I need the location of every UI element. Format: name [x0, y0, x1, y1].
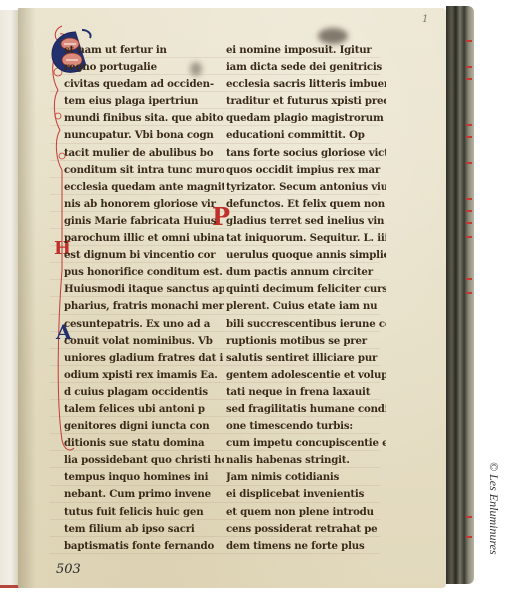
text-line: tem eius plaga ipertriun	[64, 93, 224, 110]
text-line: odium xpisti rex imamis Ea.	[64, 367, 224, 384]
text-line: quedam plagio magistrorum	[226, 110, 386, 127]
text-line: parochum illic et omni ubinam	[64, 230, 224, 247]
text-line: et quem non plene introdu	[226, 504, 386, 521]
text-line: nalis habenas stringit.	[226, 452, 386, 469]
copyright-notice: © Les Enluminures	[483, 462, 501, 582]
text-line: gladius terret sed inelius vin	[226, 213, 386, 230]
gutter-shadow	[18, 8, 36, 588]
adjacent-leaf	[0, 10, 19, 588]
text-line: regno portugalie	[64, 59, 224, 76]
text-line: tans forte socius gloriose victor	[226, 145, 386, 162]
text-line: tacit mulier de abulibus bo	[64, 145, 224, 162]
text-line: sed fragilitatis humane conditi	[226, 401, 386, 418]
text-line: iam dicta sede dei genitricis	[226, 59, 386, 76]
text-line: civitas quedam ad occiden-	[64, 76, 224, 93]
text-line: conditum sit intra tunc muros	[64, 162, 224, 179]
text-line: baptismatis fonte fernando	[64, 538, 224, 555]
text-line: tutus fuit felicis huic gen	[64, 504, 224, 521]
text-line: ruptionis motibus se prer	[226, 333, 386, 350]
text-line: ditionis sue statu domina	[64, 435, 224, 452]
text-line: one timescendo turbis:	[226, 418, 386, 435]
text-line: nebant. Cum primo invene	[64, 486, 224, 503]
text-line: dum pactis annum circiter	[226, 264, 386, 281]
text-line: mundi finibus sita. que abitol	[64, 110, 224, 127]
text-line: ei displicebat invenientis	[226, 486, 386, 503]
text-line: cesuntepatris. Ex uno ad a	[64, 316, 224, 333]
folio-number: 1	[422, 14, 428, 25]
text-line: cens possiderat retrahat pe	[226, 521, 386, 538]
text-line: nuncupatur. Vbi bona cogn	[64, 127, 224, 144]
text-line: ginis Marie fabricata Huius	[64, 213, 224, 230]
text-line: ecclesia quedam ante magnitudi	[64, 179, 224, 196]
text-line: est dignum bi vincentio cor	[64, 247, 224, 264]
text-line: quos occidit impius rex mar	[226, 162, 386, 179]
left-text-column: st nam ut fertur inregno portugaliecivit…	[64, 42, 224, 555]
fore-edge-page-stack	[446, 6, 474, 584]
text-line: st nam ut fertur in	[64, 42, 224, 59]
text-line: tat iniquorum. Sequitur. L. iii.	[226, 230, 386, 247]
text-line: educationi committit. Op	[226, 127, 386, 144]
text-line: defunctos. Et felix quem non	[226, 196, 386, 213]
text-line: lia possidebant quo christi hostio	[64, 452, 224, 469]
text-line: conuit volat nominibus. Vb	[64, 333, 224, 350]
text-line: tati neque in frena laxauit	[226, 384, 386, 401]
text-line: tem filium ab ipso sacri	[64, 521, 224, 538]
text-line: Jam nimis cotidianis	[226, 469, 386, 486]
text-line: cum impetu concupiscentie eius	[226, 435, 386, 452]
text-line: nis ab honorem gloriose vir	[64, 196, 224, 213]
text-line: gentem adolescentie et volup	[226, 367, 386, 384]
text-line: tyrizator. Secum antonius viuens	[226, 179, 386, 196]
text-line: uniores gladium fratres dat i	[64, 350, 224, 367]
text-line: ecclesia sacris litteris imbuendi	[226, 76, 386, 93]
text-line: ei nomine imposuit. Igitur	[226, 42, 386, 59]
text-line: quinti decimum feliciter cursu i	[226, 281, 386, 298]
text-line: genitores digni iuncta con	[64, 418, 224, 435]
text-line: pus honorifice conditum est. Sim	[64, 264, 224, 281]
text-line: tempus inquo homines ini	[64, 469, 224, 486]
text-line: pharius, fratris monachi mer	[64, 298, 224, 315]
right-text-column: ei nomine imposuit. Igituriam dicta sede…	[226, 42, 386, 555]
text-line: plerent. Cuius etate iam nu	[226, 298, 386, 315]
text-line: talem felices ubi antoni p	[64, 401, 224, 418]
text-line: bili succrescentibus ierune cor	[226, 316, 386, 333]
text-line: Huiusmodi itaque sanctus ap	[64, 281, 224, 298]
text-line: dem timens ne forte plus	[226, 538, 386, 555]
text-line: d cuius plagam occidentis	[64, 384, 224, 401]
text-line: traditur et futurus xpisti preconem	[226, 93, 386, 110]
text-line: uerulus quoque annis simplici	[226, 247, 386, 264]
text-line: salutis sentiret illiciare pur	[226, 350, 386, 367]
shelfmark-number: 503	[56, 562, 81, 577]
